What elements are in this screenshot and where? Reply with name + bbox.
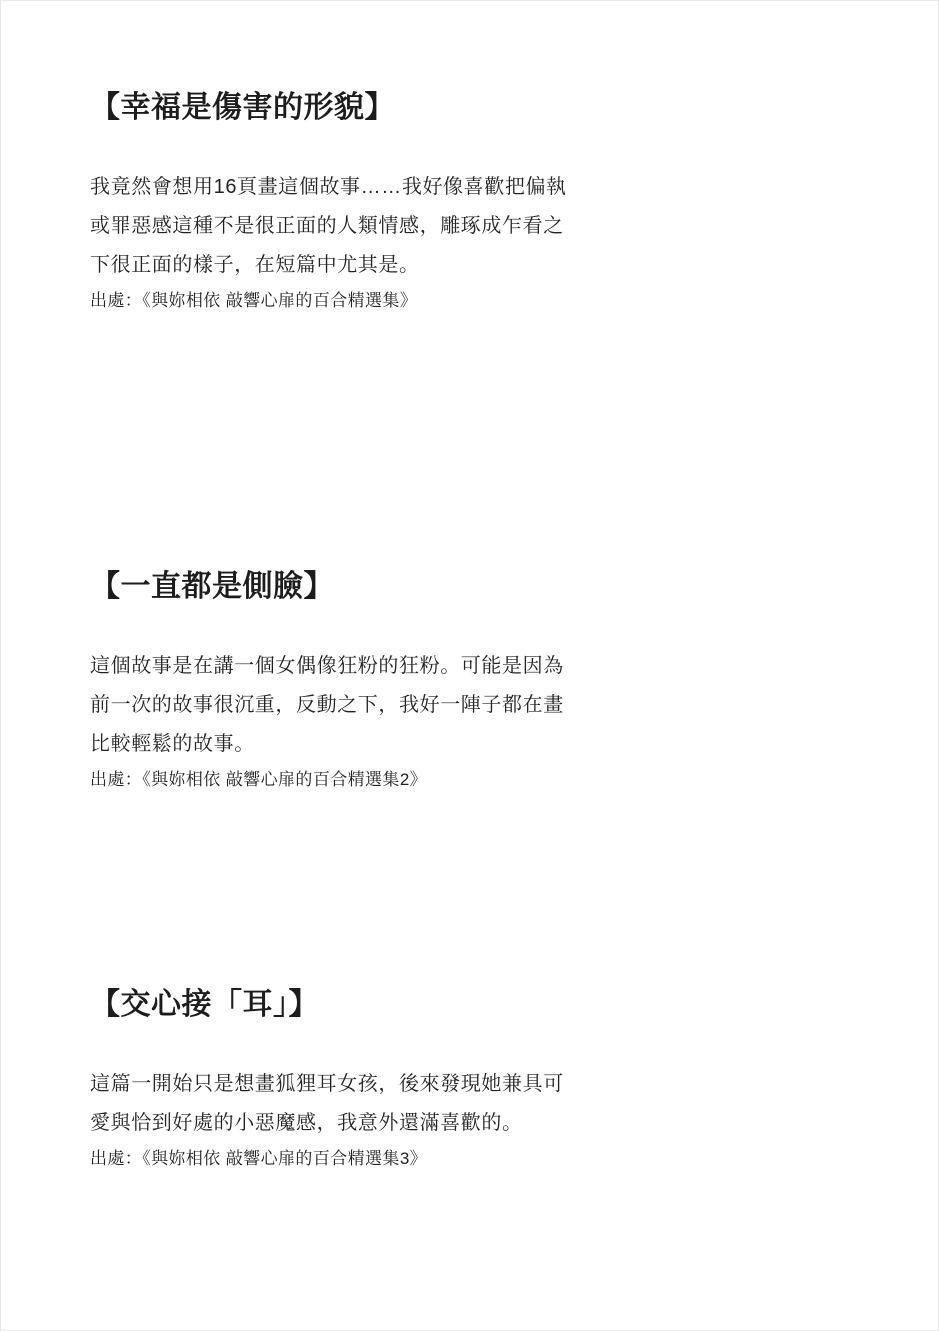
afterword-section: 【一直都是側臉】 這個故事是在講一個女偶像狂粉的狂粉。可能是因為 前一次的故事很… — [90, 567, 879, 792]
section-body: 這個故事是在講一個女偶像狂粉的狂粉。可能是因為 前一次的故事很沉重，反動之下，我… — [90, 647, 879, 764]
body-line: 比較輕鬆的故事。 — [90, 725, 879, 764]
section-body: 我竟然會想用16頁畫這個故事……我好像喜歡把偏執 或罪惡感這種不是很正面的人類情… — [90, 168, 879, 285]
body-line: 前一次的故事很沉重，反動之下，我好一陣子都在畫 — [90, 686, 879, 725]
section-body: 這篇一開始只是想畫狐狸耳女孩，後來發現她兼具可 愛與恰到好處的小惡魔感，我意外還… — [90, 1065, 879, 1143]
body-line: 這個故事是在講一個女偶像狂粉的狂粉。可能是因為 — [90, 647, 879, 686]
afterword-page: 【幸福是傷害的形貌】 我竟然會想用16頁畫這個故事……我好像喜歡把偏執 或罪惡感… — [0, 0, 939, 1331]
body-line: 我竟然會想用16頁畫這個故事……我好像喜歡把偏執 — [90, 168, 879, 207]
afterword-section: 【交心接「耳」】 這篇一開始只是想畫狐狸耳女孩，後來發現她兼具可 愛與恰到好處的… — [90, 985, 879, 1171]
body-line: 愛與恰到好處的小惡魔感，我意外還滿喜歡的。 — [90, 1104, 879, 1143]
section-title: 【一直都是側臉】 — [90, 567, 879, 607]
source-line: 出處：《與妳相依 敲響心扉的百合精選集2》 — [90, 768, 879, 792]
source-line: 出處：《與妳相依 敲響心扉的百合精選集3》 — [90, 1147, 879, 1171]
section-title: 【幸福是傷害的形貌】 — [90, 88, 879, 128]
afterword-section: 【幸福是傷害的形貌】 我竟然會想用16頁畫這個故事……我好像喜歡把偏執 或罪惡感… — [90, 88, 879, 313]
section-title: 【交心接「耳」】 — [90, 985, 879, 1025]
body-line: 下很正面的樣子，在短篇中尤其是。 — [90, 246, 879, 285]
body-line: 這篇一開始只是想畫狐狸耳女孩，後來發現她兼具可 — [90, 1065, 879, 1104]
source-line: 出處：《與妳相依 敲響心扉的百合精選集》 — [90, 289, 879, 313]
body-line: 或罪惡感這種不是很正面的人類情感，雕琢成乍看之 — [90, 207, 879, 246]
